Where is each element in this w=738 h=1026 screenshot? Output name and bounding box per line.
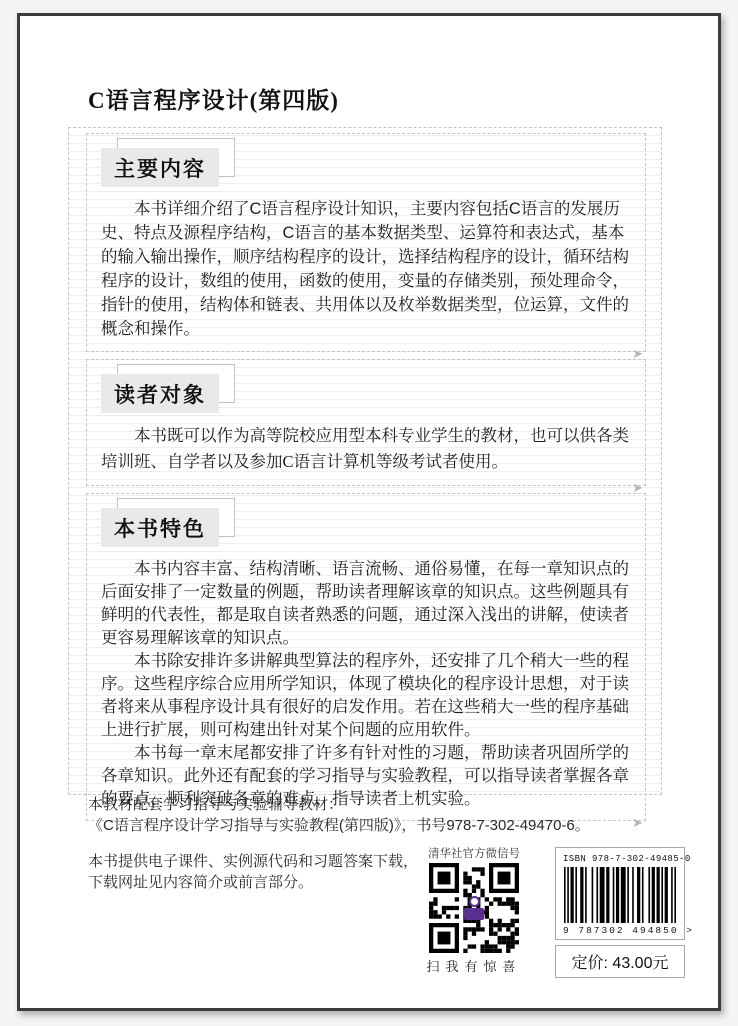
section-paragraph: 本书除安排许多讲解典型算法的程序外，还安排了几个稍大一些的程序。这些程序综合应用… [101,649,631,741]
companion-materials-text: 本教材配套学习指导与实验辅导教材： 《C语言程序设计学习指导与实验教程(第四版)… [88,794,590,836]
back-cover-page: C语言程序设计(第四版) 主要内容 本书详细介绍了C语言程序设计知识，主要内容包… [17,13,721,1011]
wechat-qr-block: 清华社官方微信号 扫我有惊喜 [423,845,525,975]
qr-label: 清华社官方微信号 [423,845,525,861]
qr-code [429,863,519,953]
companion-line: 《C语言程序设计学习指导与实验教程(第四版)》，书号978-7-302-4947… [88,815,590,836]
section-main-content: 主要内容 本书详细介绍了C语言程序设计知识，主要内容包括C语言的发展历史、特点及… [86,133,646,352]
qr-pattern [429,863,519,953]
download-info-text: 本书提供电子课件、实例源代码和习题答案下载， 下载网址见内容简介或前言部分。 [88,851,418,893]
price-label: 定价: 43.00元 [572,955,669,972]
qr-caption: 扫我有惊喜 [423,956,525,975]
section-header-label: 主要内容 [101,148,219,187]
section-paragraph: 本书既可以作为高等院校应用型本科专业学生的教材，也可以供各类培训班、自学者以及参… [101,423,631,475]
barcode-bars [564,867,676,923]
section-target-readers: 读者对象 本书既可以作为高等院校应用型本科专业学生的教材，也可以供各类培训班、自… [86,359,646,486]
section-header-badge: 主要内容 [101,148,219,187]
price-box: 定价: 43.00元 [555,945,685,978]
companion-line: 本教材配套学习指导与实验辅导教材： [88,794,590,815]
section-header-badge: 本书特色 [101,508,219,547]
download-line: 下载网址见内容简介或前言部分。 [88,872,418,893]
dashed-arrow-icon: ➤ [632,816,643,829]
barcode-box: ISBN 978-7-302-49485-0 9 787302 494850 > [555,847,685,940]
section-book-features: 本书特色 本书内容丰富、结构清晰、语言流畅、通俗易懂，在每一章知识点的后面安排了… [86,493,646,821]
barcode-digits: 9 787302 494850 > [563,925,677,936]
book-title: C语言程序设计(第四版) [88,82,339,115]
section-header-label: 读者对象 [101,374,219,413]
download-line: 本书提供电子课件、实例源代码和习题答案下载， [88,851,418,872]
sections-container: 主要内容 本书详细介绍了C语言程序设计知识，主要内容包括C语言的发展历史、特点及… [68,127,662,795]
isbn-text: ISBN 978-7-302-49485-0 [563,854,677,864]
section-header-label: 本书特色 [101,508,219,547]
section-paragraph: 本书内容丰富、结构清晰、语言流畅、通俗易懂，在每一章知识点的后面安排了一定数量的… [101,557,631,649]
section-paragraph: 本书详细介绍了C语言程序设计知识，主要内容包括C语言的发展历史、特点及源程序结构… [101,197,631,341]
section-header-badge: 读者对象 [101,374,219,413]
isbn-barcode-block: ISBN 978-7-302-49485-0 9 787302 494850 >… [555,847,685,978]
